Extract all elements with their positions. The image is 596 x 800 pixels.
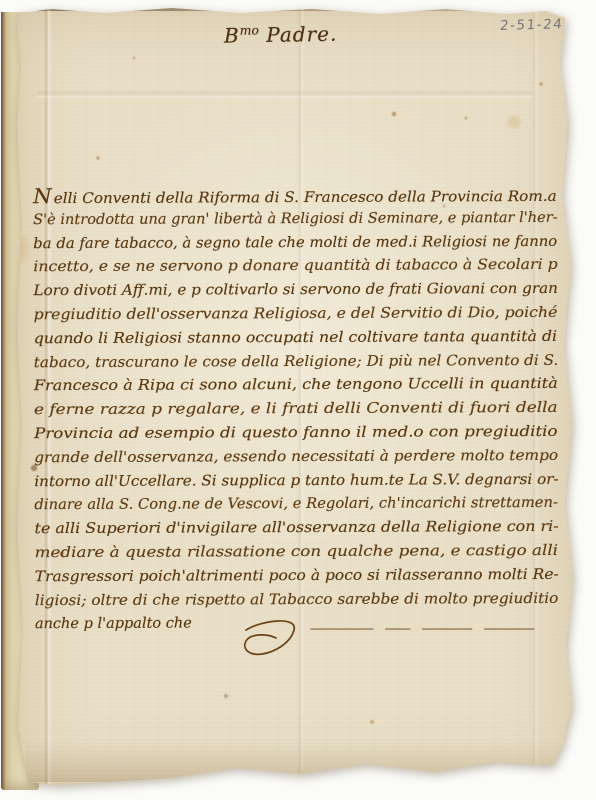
manuscript-line: Trasgressori poich'altrimenti poco à poc…	[35, 564, 563, 590]
page-top-edge-shadow	[14, 8, 562, 11]
manuscript-page: Bmo Padre. 2-51-247 Nelli Conventi della…	[14, 6, 578, 788]
manuscript-sheet-wrapper: Bmo Padre. 2-51-247 Nelli Conventi della…	[14, 6, 578, 788]
manuscript-line-text: intorno all'Uccellare. Si supplica p tan…	[34, 468, 558, 494]
manuscript-line-text: mediare à questa rilassatione con qualch…	[35, 540, 559, 566]
crease-horizontal-top	[37, 90, 533, 99]
manuscript-line: Loro divoti Aff.mi, e p coltivarlo si se…	[33, 278, 561, 304]
manuscript-line: intorno all'Uccellare. Si supplica p tan…	[34, 468, 562, 494]
letter-body: Nelli Conventi della Riforma di S. Franc…	[33, 183, 563, 637]
manuscript-line-text: anche p l'appalto che	[35, 613, 192, 637]
manuscript-line: mediare à questa rilassatione con qualch…	[35, 540, 563, 566]
salutation-rest: Padre.	[259, 22, 338, 47]
manuscript-line-text: te alli Superiori d'invigilare all'osser…	[34, 516, 558, 542]
manuscript-line: Nelli Conventi della Riforma di S. Franc…	[33, 183, 561, 209]
manuscript-line-text: tabaco, trascurano le cose della Religio…	[34, 349, 559, 375]
manuscript-line: S'è introdotta una gran' libertà à Relig…	[33, 207, 561, 233]
manuscript-line: Francesco à Ripa ci sono alcuni, che ten…	[34, 373, 562, 399]
manuscript-line-text: grande dell'osservanza, essendo necessit…	[34, 445, 558, 471]
closing-flourish-icon	[236, 618, 310, 664]
manuscript-line-text: Trasgressori poich'altrimenti poco à poc…	[35, 564, 559, 590]
manuscript-line: ba da fare tabacco, à segno tale che mol…	[33, 230, 561, 256]
manuscript-line: grande dell'osservanza, essendo necessit…	[34, 445, 562, 471]
manuscript-line-text: pregiuditio dell'osservanza Religiosa, e…	[34, 302, 558, 328]
salutation-superscript: mo	[239, 22, 258, 37]
manuscript-line-text: ba da fare tabacco, à segno tale che mol…	[33, 230, 557, 256]
bottom-edge-shading	[25, 742, 566, 782]
manuscript-line-text: quando li Religiosi stanno occupati nel …	[34, 326, 557, 352]
manuscript-line: te alli Superiori d'invigilare all'osser…	[34, 516, 562, 542]
manuscript-line-text: e ferne razza p regalare, e li frati del…	[34, 397, 558, 423]
manuscript-line-text: Provincia ad esempio di questo fanno il …	[34, 421, 558, 447]
manuscript-line: incetto, e se ne servono p donare quanti…	[33, 254, 561, 280]
manuscript-line: quando li Religiosi stanno occupati nel …	[34, 326, 562, 352]
manuscript-line-text: S'è introdotta una gran' libertà à Relig…	[33, 207, 558, 233]
manuscript-line-text: Loro divoti Aff.mi, e p coltivarlo si se…	[33, 278, 558, 304]
manuscript-line: Provincia ad esempio di questo fanno il …	[34, 421, 562, 447]
archival-number: 2-51-247	[499, 16, 574, 34]
manuscript-line-text: dinare alla S. Cong.ne de Vescovi, e Reg…	[34, 492, 558, 518]
manuscript-line: tabaco, trascurano le cose della Religio…	[34, 349, 562, 375]
manuscript-line: pregiuditio dell'osservanza Religiosa, e…	[34, 302, 562, 328]
salutation-initial: B	[224, 23, 240, 47]
manuscript-line-text: ligiosi; oltre di che rispetto al Tabacc…	[35, 587, 559, 613]
letter-salutation: Bmo Padre.	[224, 21, 338, 48]
manuscript-line: dinare alla S. Cong.ne de Vescovi, e Reg…	[34, 492, 562, 518]
manuscript-line: e ferne razza p regalare, e li frati del…	[34, 397, 562, 423]
manuscript-line: ligiosi; oltre di che rispetto al Tabacc…	[35, 587, 563, 613]
closing-dashes: ————— —— ———— ————	[310, 618, 533, 642]
manuscript-line-text: incetto, e se ne servono p donare quanti…	[33, 254, 557, 280]
manuscript-line-text: Francesco à Ripa ci sono alcuni, che ten…	[34, 373, 558, 399]
